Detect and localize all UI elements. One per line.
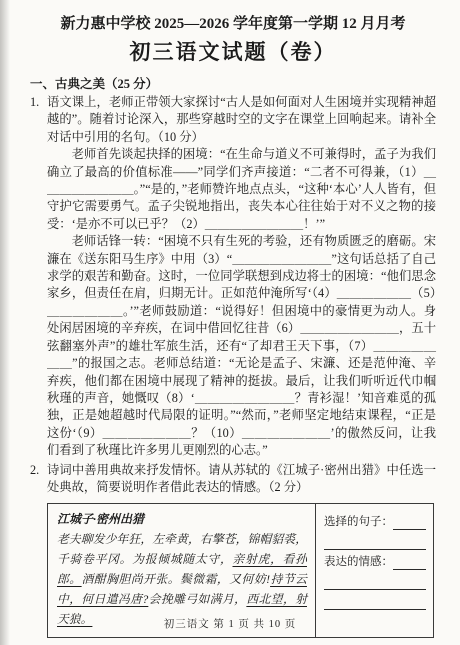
question-2-number: 2. [30,462,47,497]
answer-blank-line[interactable] [324,576,426,590]
answer-row-blank [324,590,426,610]
answer-row-blank [324,530,426,550]
answer-label-sentence: 选择的句子： [324,514,393,530]
question-2-text: 诗词中善用典故来抒发情怀。请从苏轼的《江城子·密州出猎》中任选一处典故，简要说明… [47,462,436,497]
section-1-heading: 一、古典之美（25 分） [30,76,436,92]
answer-blank-line[interactable] [393,516,426,530]
question-1: 1. 语文课上，老师正带领大家探讨“古人是如何面对人生困境并实现精神超越的”。随… [30,94,436,146]
answer-row-emotion: 表达的情感： [324,550,426,570]
answer-blank-line[interactable] [324,536,426,550]
poem-text: 老夫聊发少年狂，左牵黄，右擎苍，锦帽貂裘，千骑卷平冈。为报倾城随太守，亲射虎，看… [57,529,307,629]
question-1-number: 1. [30,94,47,146]
page-footer: 初三语文 第 1 页 共 10 页 [0,616,460,631]
dialogue-paragraph-2: 老师话锋一转：“困境不只有生死的考验，还有物质匮乏的磨砺。宋濂在《送东阳马生序》… [47,233,436,459]
question-1-intro: 语文课上，老师正带领大家探讨“古人是如何面对人生困境并实现精神超越的”。随着讨论… [47,94,436,146]
answer-row-sentence: 选择的句子： [324,510,426,530]
answer-blank-line[interactable] [324,596,426,610]
answer-label-emotion: 表达的情感： [324,554,393,570]
answer-blank-line[interactable] [393,556,426,570]
scan-edge-shadow [0,0,10,645]
dialogue-paragraph-1: 老师首先谈起抉择的困境：“在生命与道义不可兼得时，孟子为我们确立了最高的价值标准… [47,146,436,233]
answer-row-blank [324,570,426,590]
school-header: 新力惠中学校 2025—2026 学年度第一学期 12 月月考 [30,14,436,34]
question-2: 2. 诗词中善用典故来抒发情怀。请从苏轼的《江城子·密州出猎》中任选一处典故，简… [30,462,436,497]
poem-title: 江城子·密州出猎 [57,509,307,529]
exam-page: 新力惠中学校 2025—2026 学年度第一学期 12 月月考 初三语文试题（卷… [0,0,460,645]
exam-title: 初三语文试题（卷） [30,39,436,65]
question-1-dialogue: 老师首先谈起抉择的困境：“在生命与道义不可兼得时，孟子为我们确立了最高的价值标准… [47,146,436,459]
